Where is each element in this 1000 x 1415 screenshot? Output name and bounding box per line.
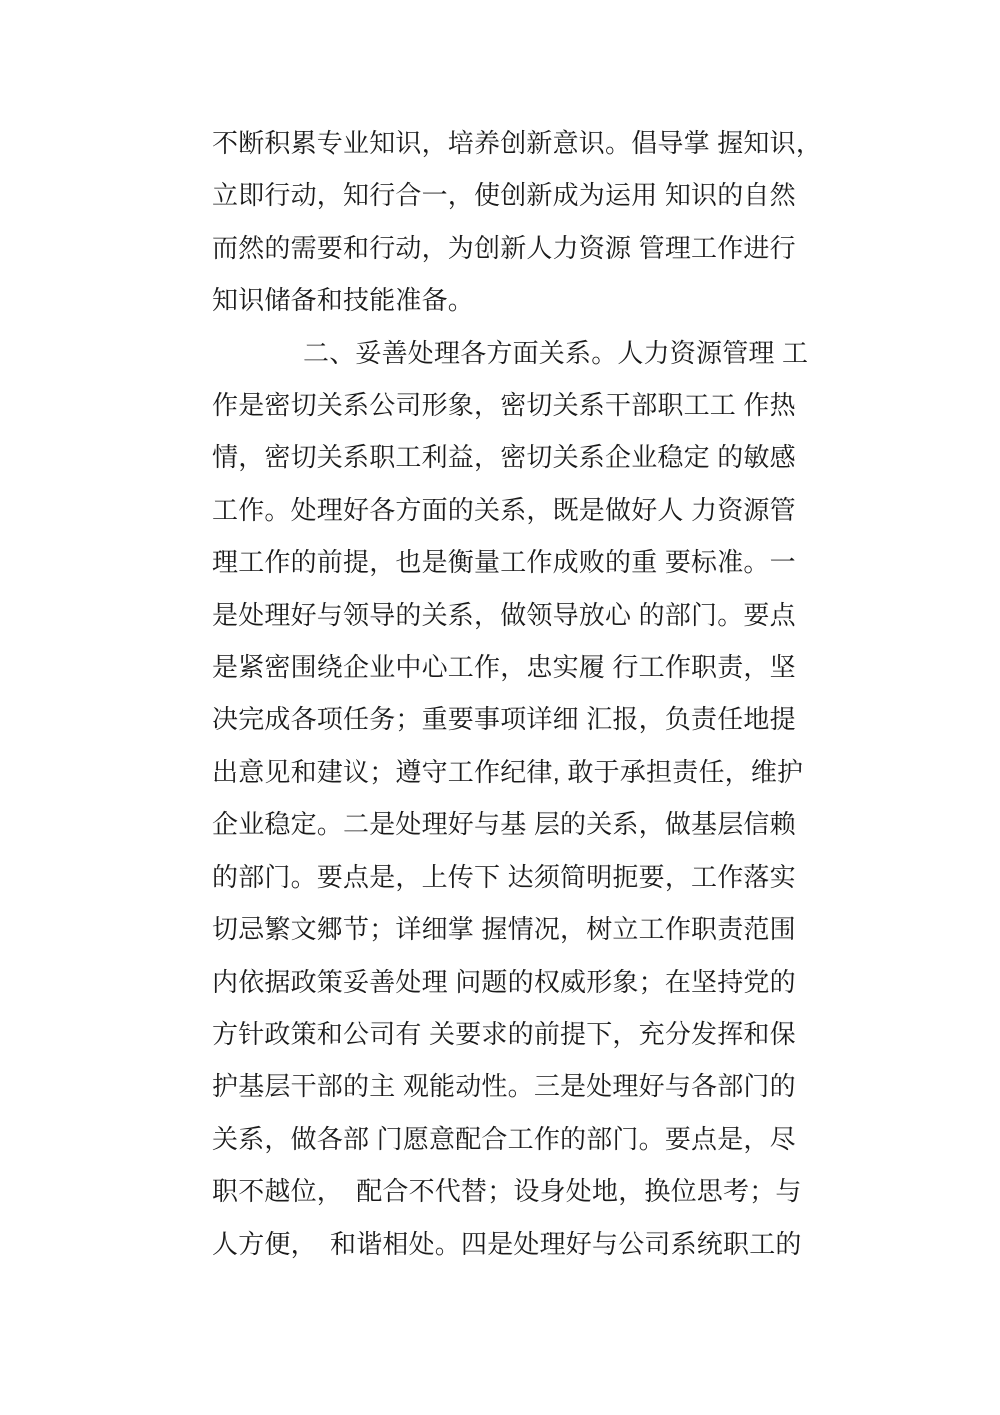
text-line: 二、妥善处理各方面关系。人力资源管理 工 (212, 327, 820, 379)
text-line: 人方便， 和谐相处。四是处理好与公司系统职工的 (212, 1218, 820, 1270)
text-line: 而然的需要和行动，为创新人力资源 管理工作进行 (212, 222, 820, 274)
text-line: 知识储备和技能准备。 (212, 274, 820, 326)
text-line: 的部门。要点是，上传下 达须简明扼要，工作落实 (212, 851, 820, 903)
text-line: 作是密切关系公司形象，密切关系干部职工工 作热 (212, 379, 820, 431)
text-line: 方针政策和公司有 关要求的前提下，充分发挥和保 (212, 1008, 820, 1060)
text-line: 职不越位， 配合不代替；设身处地，换位思考；与 (212, 1165, 820, 1217)
text-line: 理工作的前提，也是衡量工作成败的重 要标准。一 (212, 536, 820, 588)
text-line: 不断积累专业知识，培养创新意识。倡导掌 握知识， (212, 117, 820, 169)
text-line: 情，密切关系职工利益，密切关系企业稳定 的敏感 (212, 431, 820, 483)
text-line: 出意见和建议；遵守工作纪律, 敢于承担责任，维护 (212, 746, 820, 798)
text-line: 工作。处理好各方面的关系，既是做好人 力资源管 (212, 484, 820, 536)
text-line: 内依据政策妥善处理 问题的权威形象；在坚持党的 (212, 956, 820, 1008)
text-line: 是处理好与领导的关系，做领导放心 的部门。要点 (212, 589, 820, 641)
text-line: 是紧密围绕企业中心工作，忠实履 行工作职责，坚 (212, 641, 820, 693)
text-line: 立即行动，知行合一，使创新成为运用 知识的自然 (212, 169, 820, 221)
text-line: 决完成各项任务；重要事项详细 汇报，负责任地提 (212, 693, 820, 745)
paragraph-1: 不断积累专业知识，培养创新意识。倡导掌 握知识， 立即行动，知行合一，使创新成为… (212, 117, 820, 327)
paragraph-2: 二、妥善处理各方面关系。人力资源管理 工 作是密切关系公司形象，密切关系干部职工… (212, 327, 820, 1270)
text-line: 护基层干部的主 观能动性。三是处理好与各部门的 (212, 1060, 820, 1112)
body-text: 不断积累专业知识，培养创新意识。倡导掌 握知识， 立即行动，知行合一，使创新成为… (212, 117, 820, 1270)
document-page: 不断积累专业知识，培养创新意识。倡导掌 握知识， 立即行动，知行合一，使创新成为… (0, 0, 1000, 1415)
text-line: 关系，做各部 门愿意配合工作的部门。要点是，尽 (212, 1113, 820, 1165)
text-line: 切忌繁文郷节；详细掌 握情况，树立工作职责范围 (212, 903, 820, 955)
text-line: 企业稳定。二是处理好与基 层的关系，做基层信赖 (212, 798, 820, 850)
